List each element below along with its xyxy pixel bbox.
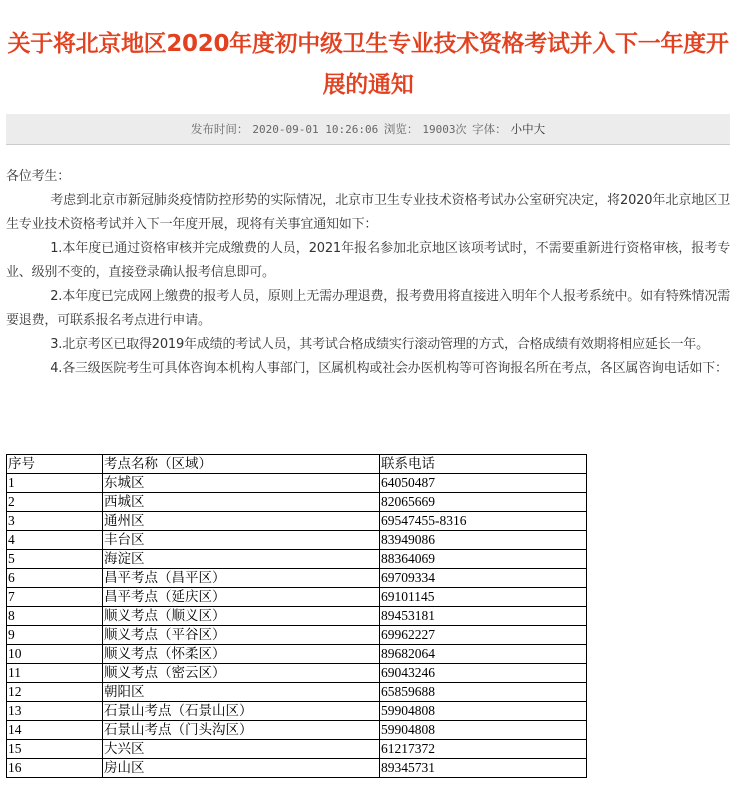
cell-phone: 89682064 <box>380 645 587 664</box>
article: 关于将北京地区2020年度初中级卫生专业技术资格考试并入下一年度开展的通知 发布… <box>6 0 730 106</box>
cell-serial-number: 16 <box>7 759 103 778</box>
font-size-large-link[interactable]: 大 <box>534 114 546 144</box>
cell-phone: 69547455-8316 <box>380 512 587 531</box>
cell-serial-number: 1 <box>7 474 103 493</box>
table-row: 11 顺义考点（密云区） 69043246 <box>7 664 587 683</box>
cell-exam-site: 顺义考点（平谷区） <box>103 626 380 645</box>
article-meta-bar: 发布时间：2020-09-01 10:26:06 浏览：19003次 字体：小中… <box>6 114 730 145</box>
cell-exam-site: 朝阳区 <box>103 683 380 702</box>
cell-phone: 89345731 <box>380 759 587 778</box>
header-exam-site: 考点名称（区域） <box>103 455 380 474</box>
cell-serial-number: 4 <box>7 531 103 550</box>
greeting: 各位考生： <box>6 165 730 189</box>
views-count: 19003次 <box>422 115 466 145</box>
table-row: 1 东城区 64050487 <box>7 474 587 493</box>
cell-phone: 69043246 <box>380 664 587 683</box>
cell-exam-site: 西城区 <box>103 493 380 512</box>
cell-exam-site: 石景山考点（门头沟区） <box>103 721 380 740</box>
cell-serial-number: 13 <box>7 702 103 721</box>
header-phone: 联系电话 <box>380 455 587 474</box>
table-row: 3 通州区 69547455-8316 <box>7 512 587 531</box>
cell-serial-number: 10 <box>7 645 103 664</box>
cell-serial-number: 7 <box>7 588 103 607</box>
cell-exam-site: 大兴区 <box>103 740 380 759</box>
cell-exam-site: 昌平考点（延庆区） <box>103 588 380 607</box>
cell-exam-site: 通州区 <box>103 512 380 531</box>
font-size-medium-link[interactable]: 中 <box>522 114 534 144</box>
table-header-row: 序号 考点名称（区域） 联系电话 <box>7 455 587 474</box>
article-body: 各位考生： 考虑到北京市新冠肺炎疫情防控形势的实际情况，北京市卫生专业技术资格考… <box>6 165 730 381</box>
publish-time: 2020-09-01 10:26:06 <box>252 115 378 145</box>
views-label: 浏览： <box>384 114 419 144</box>
body-paragraph-intro: 考虑到北京市新冠肺炎疫情防控形势的实际情况，北京市卫生专业技术资格考试办公室研究… <box>6 189 730 237</box>
article-title: 关于将北京地区2020年度初中级卫生专业技术资格考试并入下一年度开展的通知 <box>6 0 730 106</box>
table-row: 4 丰台区 83949086 <box>7 531 587 550</box>
cell-exam-site: 顺义考点（密云区） <box>103 664 380 683</box>
font-size-label: 字体： <box>472 114 507 144</box>
cell-phone: 61217372 <box>380 740 587 759</box>
cell-phone: 88364069 <box>380 550 587 569</box>
table-row: 6 昌平考点（昌平区） 69709334 <box>7 569 587 588</box>
table-row: 14 石景山考点（门头沟区） 59904808 <box>7 721 587 740</box>
cell-serial-number: 12 <box>7 683 103 702</box>
cell-exam-site: 房山区 <box>103 759 380 778</box>
cell-serial-number: 2 <box>7 493 103 512</box>
cell-phone: 69962227 <box>380 626 587 645</box>
cell-phone: 59904808 <box>380 721 587 740</box>
cell-serial-number: 9 <box>7 626 103 645</box>
cell-phone: 89453181 <box>380 607 587 626</box>
cell-exam-site: 海淀区 <box>103 550 380 569</box>
body-paragraph-item-2: 2.本年度已完成网上缴费的报考人员，原则上无需办理退费，报考费用将直接进入明年个… <box>6 285 730 333</box>
cell-serial-number: 5 <box>7 550 103 569</box>
cell-exam-site: 顺义考点（顺义区） <box>103 607 380 626</box>
table-row: 2 西城区 82065669 <box>7 493 587 512</box>
font-size-small-link[interactable]: 小 <box>511 114 523 144</box>
cell-exam-site: 丰台区 <box>103 531 380 550</box>
table-row: 9 顺义考点（平谷区） 69962227 <box>7 626 587 645</box>
cell-exam-site: 东城区 <box>103 474 380 493</box>
cell-phone: 59904808 <box>380 702 587 721</box>
cell-exam-site: 顺义考点（怀柔区） <box>103 645 380 664</box>
cell-phone: 69709334 <box>380 569 587 588</box>
cell-phone: 83949086 <box>380 531 587 550</box>
cell-exam-site: 石景山考点（石景山区） <box>103 702 380 721</box>
cell-phone: 64050487 <box>380 474 587 493</box>
body-paragraph-item-3: 3.北京考区已取得2019年成绩的考试人员，其考试合格成绩实行滚动管理的方式，合… <box>6 333 730 357</box>
table-row: 12 朝阳区 65859688 <box>7 683 587 702</box>
cell-exam-site: 昌平考点（昌平区） <box>103 569 380 588</box>
cell-serial-number: 6 <box>7 569 103 588</box>
table-row: 10 顺义考点（怀柔区） 89682064 <box>7 645 587 664</box>
cell-phone: 65859688 <box>380 683 587 702</box>
cell-phone: 82065669 <box>380 493 587 512</box>
cell-serial-number: 11 <box>7 664 103 683</box>
table-row: 16 房山区 89345731 <box>7 759 587 778</box>
table-row: 15 大兴区 61217372 <box>7 740 587 759</box>
cell-serial-number: 3 <box>7 512 103 531</box>
cell-serial-number: 8 <box>7 607 103 626</box>
cell-phone: 69101145 <box>380 588 587 607</box>
header-serial-number: 序号 <box>7 455 103 474</box>
cell-serial-number: 15 <box>7 740 103 759</box>
table-row: 7 昌平考点（延庆区） 69101145 <box>7 588 587 607</box>
body-paragraph-item-4: 4.各三级医院考生可具体咨询本机构人事部门，区属机构或社会办医机构等可咨询报名所… <box>6 357 730 381</box>
table-row: 5 海淀区 88364069 <box>7 550 587 569</box>
body-paragraph-item-1: 1.本年度已通过资格审核并完成缴费的人员，2021年报名参加北京地区该项考试时，… <box>6 237 730 285</box>
cell-serial-number: 14 <box>7 721 103 740</box>
publish-time-label: 发布时间： <box>191 114 249 144</box>
contact-phone-table: 序号 考点名称（区域） 联系电话 1 东城区 64050487 2 西城区 82… <box>6 454 587 778</box>
table-row: 8 顺义考点（顺义区） 89453181 <box>7 607 587 626</box>
table-row: 13 石景山考点（石景山区） 59904808 <box>7 702 587 721</box>
